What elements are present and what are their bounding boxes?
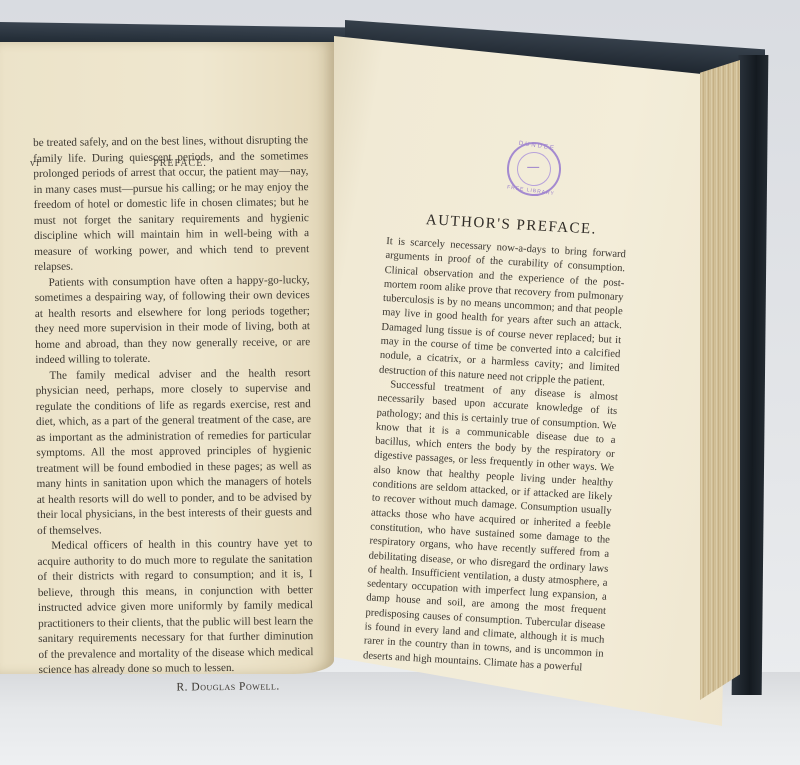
paragraph: Patients with consumption have often a h… [34,273,310,369]
left-page-body: be treated safely, and on the best lines… [33,133,314,697]
page-edges [700,60,740,700]
right-page-body: It is scarcely necessary now-a-days to b… [363,235,627,677]
paragraph: be treated safely, and on the best lines… [33,133,309,275]
paragraph: Medical officers of health in this count… [37,536,313,678]
stamp-inner-ring [515,150,553,188]
stamp-mark [527,167,539,168]
paragraph: The family medical adviser and the healt… [35,366,312,539]
paragraph: Successful treatment of any disease is a… [363,378,619,677]
author-signature: R. Douglas Powell. [39,679,314,697]
book-photo: vi PREFACE. be treated safely, and on th… [0,0,800,765]
right-page-content: AUTHOR'S PREFACE. It is scarcely necessa… [363,210,628,677]
paragraph: It is scarcely necessary now-a-days to b… [379,235,627,391]
